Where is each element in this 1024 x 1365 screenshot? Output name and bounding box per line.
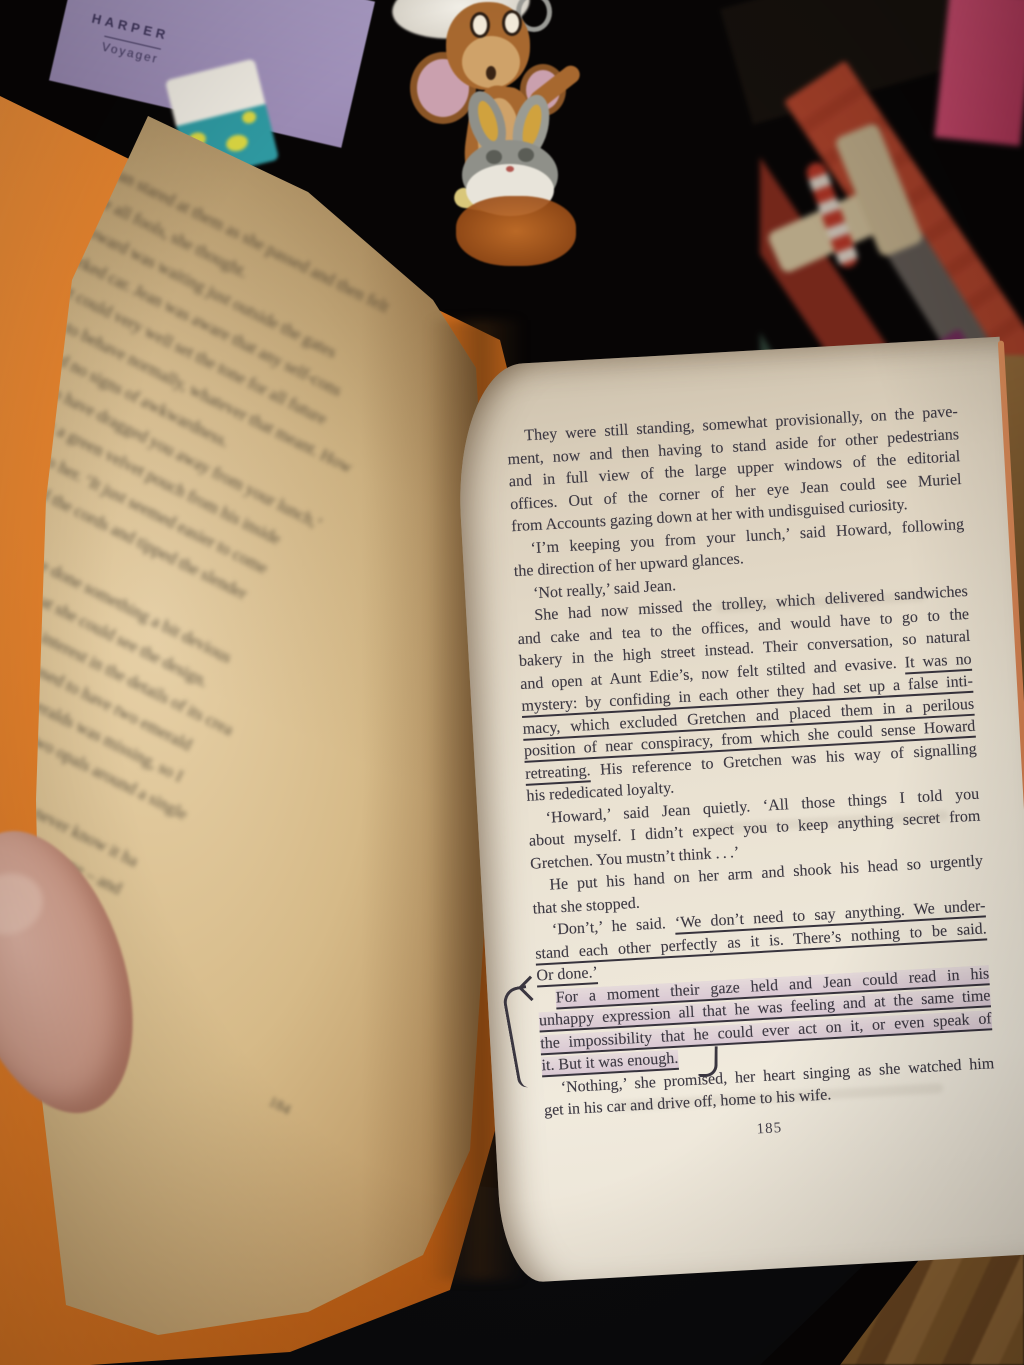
thumb-nail — [0, 865, 51, 944]
book-spine-pink — [934, 0, 1024, 146]
photo-of-open-book: HARPER Voyager Jean stared at them as sh… — [0, 0, 1024, 1365]
publisher-name: HARPER — [90, 11, 170, 43]
imprint-name: Voyager — [100, 36, 161, 67]
right-page-text: They were still standing, somewhat provi… — [506, 401, 996, 1123]
bugs-bunny-figurine — [452, 92, 592, 262]
right-page: They were still standing, somewhat provi… — [452, 337, 1024, 1284]
